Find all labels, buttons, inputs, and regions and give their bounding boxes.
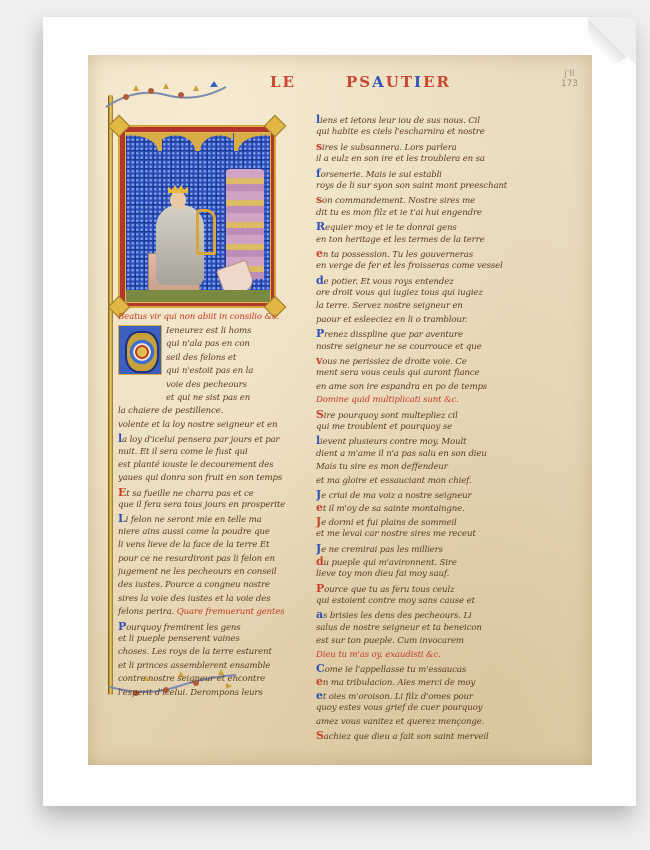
miniature-king-david-harp	[118, 125, 276, 308]
text-line: lieve toy mon dieu fai moy sauf.	[316, 568, 578, 581]
text-line: de potier. Et vous roys entendez	[316, 274, 578, 287]
text-line: qui me troublent et pourquoy se	[316, 421, 578, 434]
gothic-arches	[126, 133, 270, 151]
text-line: la chaiere de pestillence.	[118, 405, 290, 418]
text-line: Mais tu sire es mon deffendeur	[316, 461, 578, 474]
folio-line-1: j'II	[561, 69, 578, 79]
curled-corner	[588, 17, 636, 65]
manuscript-page: LE PSAUTIER j'II 173	[88, 55, 592, 765]
text-line: et li princes assemblerent ensamble	[118, 660, 290, 673]
text-line: et li pueple penserent vaines	[118, 633, 290, 646]
harp-icon	[196, 209, 216, 255]
text-line: son commandement. Nostre sires me	[316, 193, 578, 206]
text-line: Je criai de ma voiz a nostre seigneur	[316, 488, 578, 501]
running-head-word-le: LE	[270, 73, 296, 91]
text-line: qui n'estoit pas en la	[166, 365, 291, 378]
text-line: il a eulz en son ire et les troublera en…	[316, 153, 578, 166]
text-line: Pourquoy fremirent les gens	[118, 620, 290, 633]
text-line: dit tu es mon filz et ie t'ai hui engend…	[316, 207, 578, 220]
text-line: ment sera vous ceuls qui auront fiance	[316, 367, 578, 380]
rubric-beatus-vir: Beatus vir qui non abiit in consilio &c.	[118, 311, 288, 324]
text-line: jugement ne les pecheours en conseil	[118, 566, 290, 579]
text-line: et qui ne sist pas en	[166, 392, 291, 405]
text-line: Sachiez que dieu a fait son saint mervei…	[316, 729, 578, 742]
text-line: amez vous vanitez et querez mençonge.	[316, 716, 578, 729]
text-line: Je ne cremirai pas les milliers	[316, 542, 578, 555]
text-line: forsenerie. Mais ie sui establi	[316, 167, 578, 180]
text-line: Requier moy et ie te donrai gens	[316, 220, 578, 233]
text-line: yaues qui donra son fruit en son temps	[118, 472, 290, 485]
folio-line-2: 173	[561, 79, 578, 89]
running-head-psautier-text: PSAUTIER	[346, 73, 451, 91]
text-line: volente et la loy nostre seigneur et en	[118, 419, 290, 432]
text-line: nuit. Et il sera come le fust qui	[118, 446, 290, 459]
text-line: niere ains aussi come la poudre que	[118, 526, 290, 539]
text-line: li vens lieve de la face de la terre Et	[118, 539, 290, 552]
text-line: roys de li sur syon son saint mont prees…	[316, 180, 578, 193]
text-line: contre nostre seigneur et encontre	[118, 673, 290, 686]
text-line: Pource que tu as feru tous ceulz	[316, 582, 578, 595]
text-line: Come ie l'appellasse tu m'essaucas	[316, 662, 578, 675]
running-head-word-psautier: PSAUTIER	[346, 73, 451, 91]
text-line: lievent plusieurs contre moy. Moult	[316, 434, 578, 447]
text-line: des iustes. Pource a congneu nostre	[118, 579, 290, 592]
top-vine-ornament-icon	[96, 77, 236, 117]
text-line: Et sa fueille ne charra pas et ce	[118, 486, 290, 499]
text-line: seil des felons et	[166, 352, 291, 365]
text-line: du pueple qui m'avironnent. Sire	[316, 555, 578, 568]
text-line: et oies m'oroison. Li filz d'omes pour	[316, 689, 578, 702]
text-line: qui habite es ciels l'escharnira et nost…	[316, 126, 578, 139]
text-line: en verge de fer et les froisseras come v…	[316, 260, 578, 273]
initial-b-interlace	[125, 331, 159, 373]
text-line: dient a m'ame il n'a pas salu en son die…	[316, 448, 578, 461]
text-line: sires la voie des iustes et la voie des	[118, 593, 290, 606]
folio-number: j'II 173	[561, 69, 578, 89]
text-line: la loy d'icelui pensera par jours et par	[118, 432, 290, 445]
text-line: est sur ton pueple. Cum invocarem	[316, 635, 578, 648]
text-line: Domine quid multiplicati sunt &c.	[316, 394, 578, 407]
text-line: qui n'ala pas en con	[166, 338, 291, 351]
text-line: Li felon ne seront mie en telle ma	[118, 512, 290, 525]
text-line: quoy estes vous grief de cuer pourquoy	[316, 702, 578, 715]
left-column-rubric: Beatus vir qui non abiit in consilio &c.	[118, 311, 288, 324]
text-line: en ta possession. Tu les gouverneras	[316, 247, 578, 260]
text-line: felons perira. Quare fremuerunt gentes	[118, 606, 290, 619]
text-line: Je dormi et fui plains de sommeil	[316, 515, 578, 528]
text-line: qui estoient contre moy sans cause et	[316, 595, 578, 608]
text-line: as brisies les dens des pecheours. Li	[316, 608, 578, 621]
text-line: choses. Les roys de la terre esturent	[118, 646, 290, 659]
text-line: et il m'oy de sa sainte montaingne.	[316, 501, 578, 514]
text-line: nostre seigneur ne se courrouce et que	[316, 341, 578, 354]
text-line: paour et esleeciez en li o tramblour.	[316, 314, 578, 327]
text-line: que il fera sera tous jours en prosperit…	[118, 499, 290, 512]
text-line: et ma gloire et essauciant mon chief.	[316, 475, 578, 488]
text-line: l'esperit d'icelui. Derompons leurs	[118, 687, 290, 700]
crown-icon	[168, 185, 188, 193]
text-line: et me levai car nostre sires me receut	[316, 528, 578, 541]
text-line: est planté iouste le decourement des	[118, 459, 290, 472]
text-line: ore droit vous qui iugiez tous qui iugie…	[316, 287, 578, 300]
text-line: Prenez disspline que par aventure	[316, 327, 578, 340]
text-line: Ieneurez est li homs	[166, 325, 291, 338]
king-head	[170, 191, 186, 209]
text-line: la terre. Servez nostre seigneur en	[316, 300, 578, 313]
gilded-border-bar	[108, 95, 113, 695]
print-mount-card: LE PSAUTIER j'II 173	[43, 17, 636, 806]
text-line: Dieu tu m'as oy. exaudisti &c.	[316, 649, 578, 662]
text-line: salus de nostre seigneur et ta beneicon	[316, 622, 578, 635]
text-line: vous ne perissiez de droite voie. Ce	[316, 354, 578, 367]
miniature-diapered-background	[125, 132, 271, 303]
text-line: en ton heritage et les termes de la terr…	[316, 234, 578, 247]
text-line: voie des pecheours	[166, 379, 291, 392]
text-line: liens et ietons leur iou de sus nous. Ci…	[316, 113, 578, 126]
right-column-text: liens et ietons leur iou de sus nous. Ci…	[316, 113, 578, 742]
text-line: Sire pourquoy sont multepliez cil	[316, 408, 578, 421]
text-line: sires le subsannera. Lors parlera	[316, 140, 578, 153]
ground	[126, 290, 270, 302]
text-line: en ma tribulacion. Aies merci de moy	[316, 675, 578, 688]
text-line: pour ce ne resurdiront pas li felon en	[118, 553, 290, 566]
left-column-text: Ieneurez est li homsqui n'ala pas en con…	[166, 325, 291, 700]
text-line: en ame son ire espandra en po de temps	[316, 381, 578, 394]
historiated-initial-b	[118, 325, 162, 375]
